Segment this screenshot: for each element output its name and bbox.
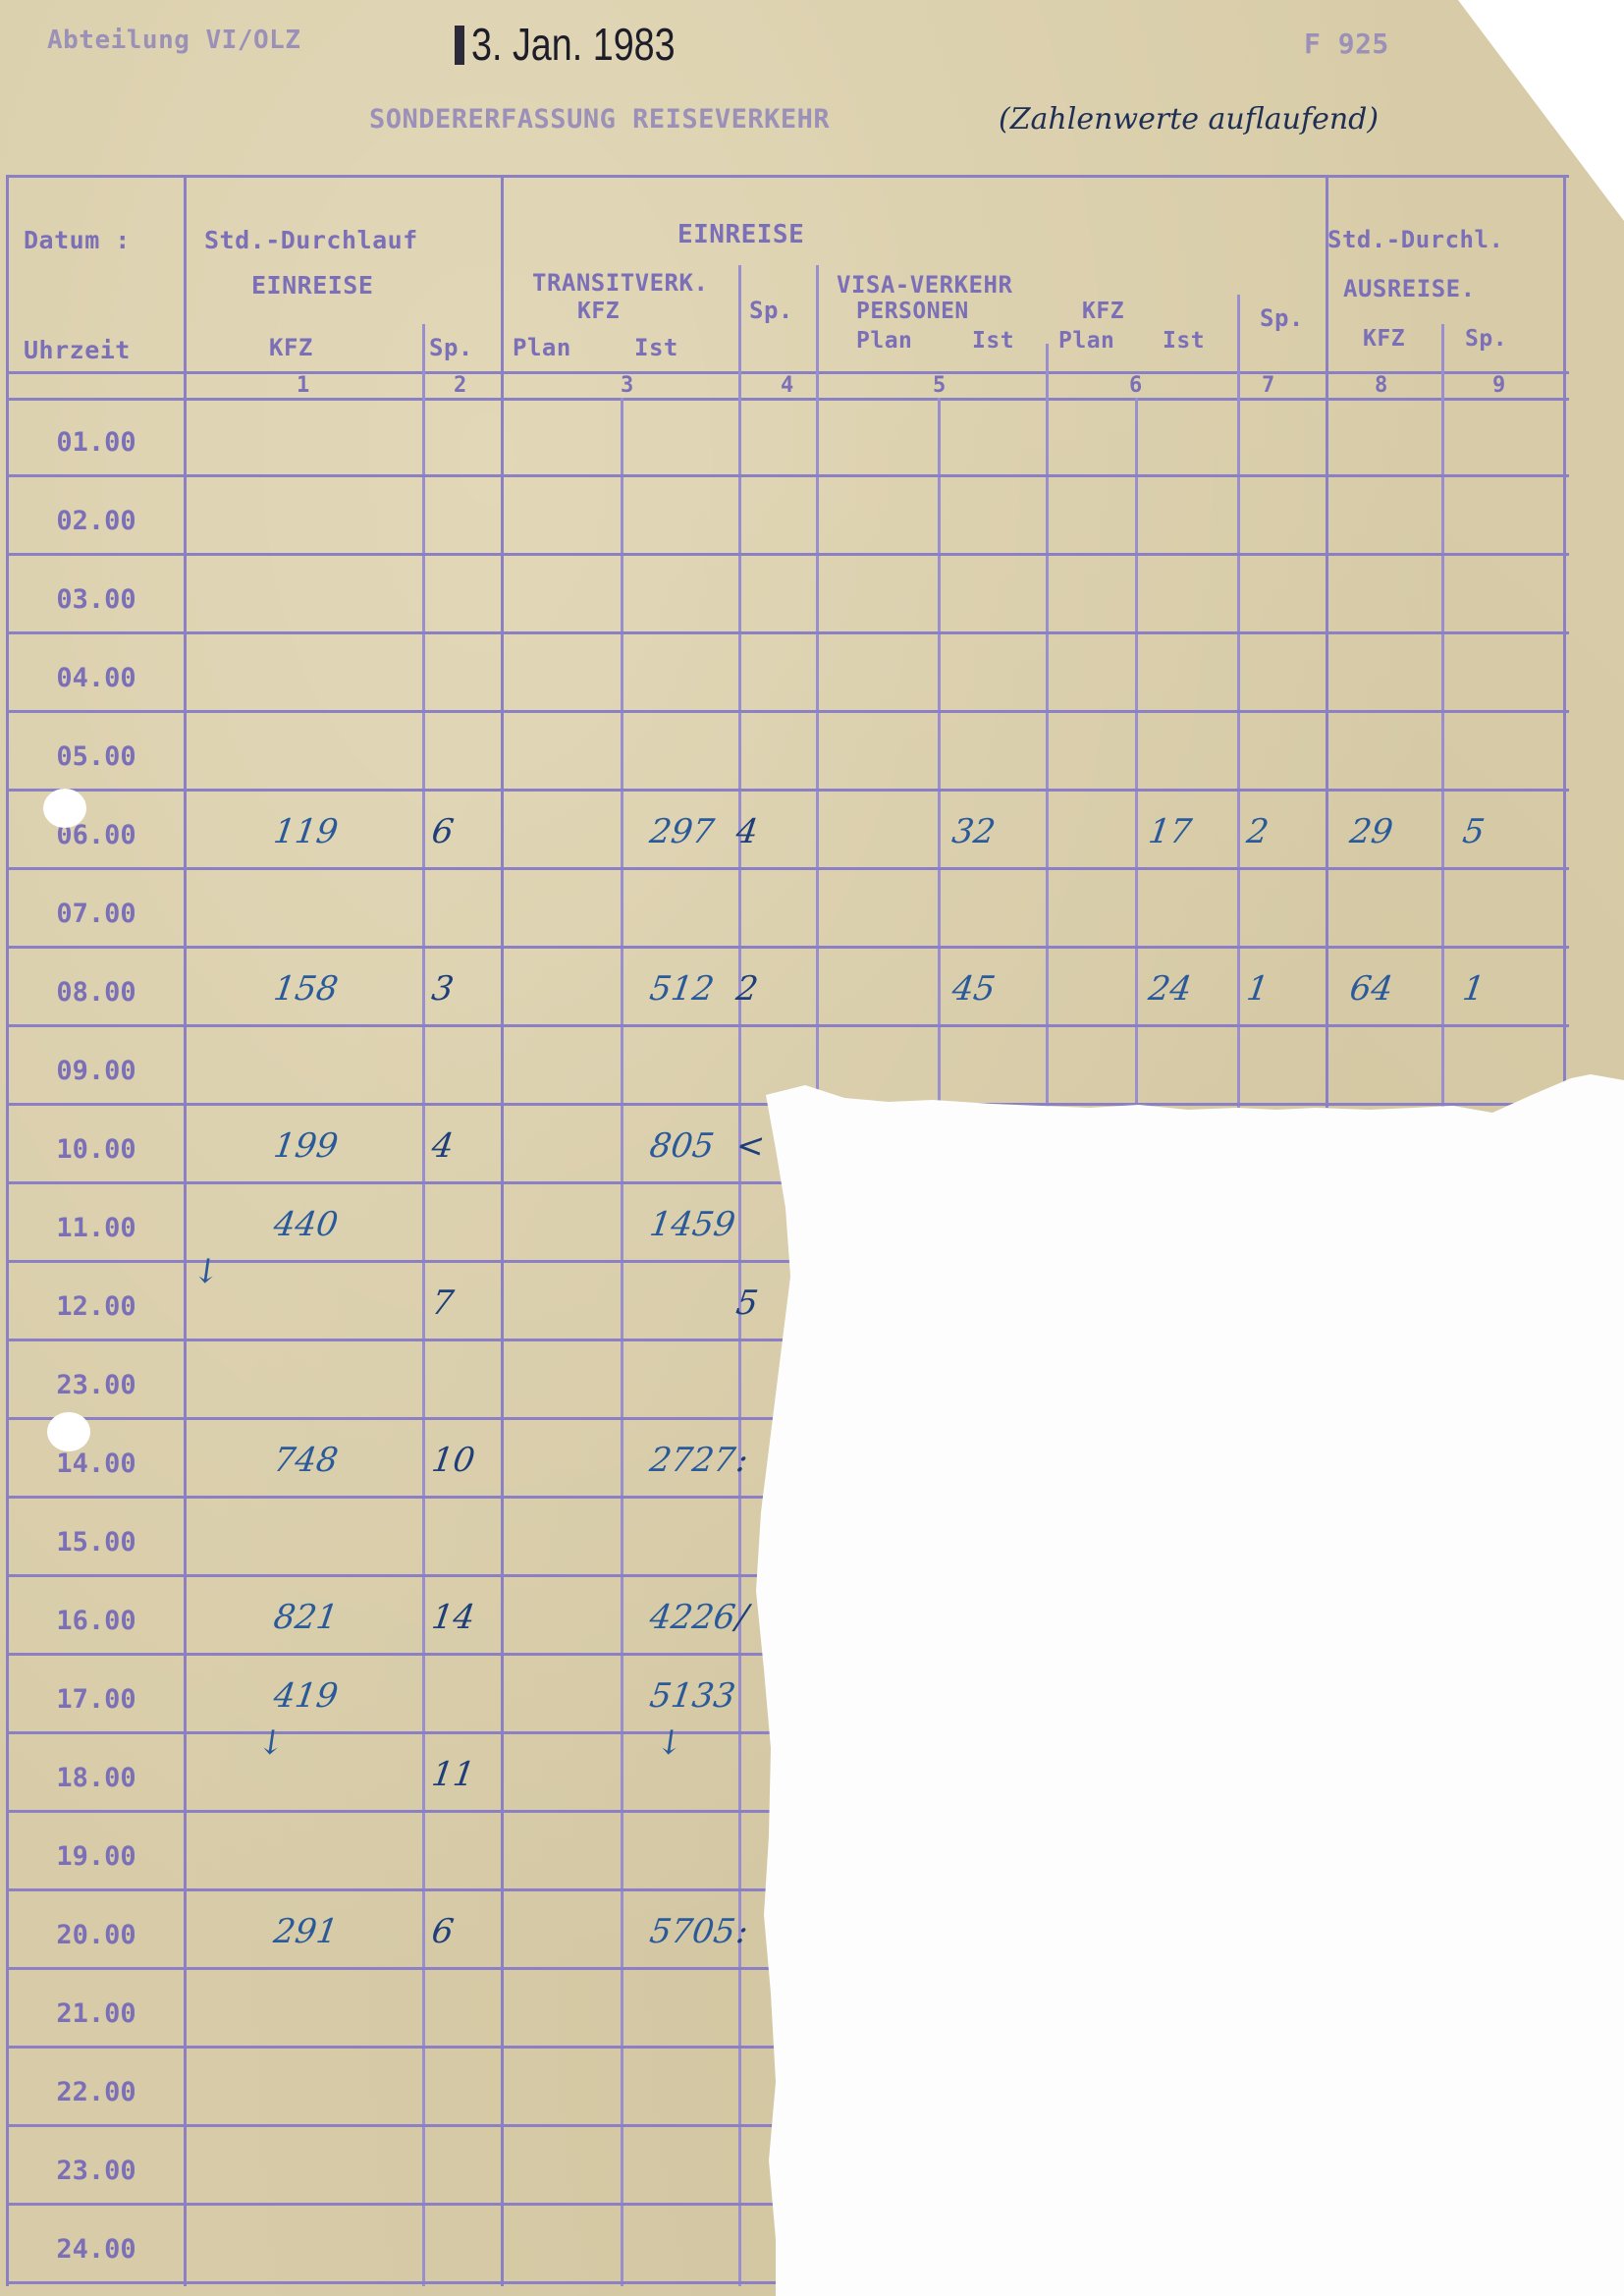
stamp-mark (455, 26, 464, 65)
header-std-durchlauf: Std.-Durchlauf (204, 226, 418, 254)
header-sp-col9: Sp. (1465, 326, 1507, 352)
continuation-arrow-icon: ↓ (189, 1252, 223, 1291)
form-title: SONDERERFASSUNG REISEVERKEHR (369, 104, 830, 135)
header-kfz-col1: KFZ (269, 334, 313, 361)
row-divider (8, 1888, 793, 1891)
handwritten-value-c1: 199 (271, 1126, 341, 1166)
handwritten-value-c2: 11 (429, 1755, 477, 1794)
punch-hole (47, 1412, 90, 1451)
header-sp-col2: Sp. (429, 334, 473, 361)
continuation-arrow-icon: ↓ (653, 1723, 686, 1763)
handwritten-value-c3_ist: 297 (647, 812, 717, 851)
col-number-5: 5 (933, 373, 947, 398)
handwritten-value-c3_ist: 2727 (647, 1441, 737, 1480)
row-time-label: 11.00 (8, 1213, 185, 1243)
handwritten-value-c3_ist: 5133 (647, 1676, 737, 1716)
row-time-label: 18.00 (8, 1763, 185, 1793)
row-divider (8, 867, 1569, 870)
row-divider (8, 2046, 793, 2049)
row-time-label: 12.00 (8, 1291, 185, 1322)
handwritten-value-c1: 748 (271, 1441, 341, 1480)
handwritten-value-c8: 29 (1347, 812, 1395, 851)
row-divider (8, 1967, 793, 1970)
row-divider (8, 789, 1569, 792)
row-time-label: 09.00 (8, 1056, 185, 1086)
handwritten-value-c6_ist: 24 (1146, 969, 1194, 1009)
row-time-label: 19.00 (8, 1841, 185, 1872)
header-einreise-sub: EINREISE (251, 271, 373, 300)
col-number-8: 8 (1375, 373, 1388, 398)
header-visa-kfz-ist: Ist (1163, 328, 1205, 354)
handwritten-value-c3_ist: 4226 (647, 1598, 737, 1637)
row-divider (8, 2124, 793, 2127)
header-visa-verkehr: VISA-VERKEHR (837, 271, 1012, 299)
row-divider (8, 710, 1569, 713)
handwritten-value-c1: 119 (271, 812, 341, 851)
row-time-label: 16.00 (8, 1606, 185, 1636)
col-number-3: 3 (621, 373, 634, 398)
handwritten-value-c1: 419 (271, 1676, 341, 1716)
header-uhrzeit: Uhrzeit (24, 336, 131, 364)
row-time-label: 15.00 (8, 1527, 185, 1558)
row-divider (8, 1653, 793, 1656)
handwritten-value-c2: 14 (429, 1598, 477, 1637)
handwritten-value-c2: 10 (429, 1441, 477, 1480)
header-sp-col4: Sp. (749, 297, 793, 324)
header-sp-col7: Sp. (1260, 304, 1304, 332)
header-visa-pers-ist: Ist (972, 328, 1014, 354)
header-kfz-col8: KFZ (1363, 326, 1405, 352)
row-divider (8, 946, 1569, 949)
row-divider (8, 1181, 793, 1184)
row-time-label: 01.00 (8, 427, 185, 458)
row-time-label: 05.00 (8, 741, 185, 772)
header-ausreise: AUSREISE. (1343, 275, 1476, 302)
row-time-label: 04.00 (8, 663, 185, 693)
header-visa-kfz: KFZ (1082, 299, 1124, 324)
row-time-label: 20.00 (8, 1920, 185, 1950)
row-time-label: 07.00 (8, 899, 185, 929)
header-std-durchl-ausreise: Std.-Durchl. (1327, 226, 1503, 253)
row-time-label: 08.00 (8, 977, 185, 1008)
department-label: Abteilung VI/OLZ (47, 26, 300, 55)
col-number-7: 7 (1262, 373, 1275, 398)
row-divider (8, 1260, 793, 1263)
header-visa-kfz-plan: Plan (1058, 328, 1114, 354)
col-number-9: 9 (1492, 373, 1506, 398)
handwritten-value-c1: 158 (271, 969, 341, 1009)
row-time-label: 14.00 (8, 1449, 185, 1479)
row-time-label: 23.00 (8, 2156, 185, 2186)
header-einreise-group: EINREISE (677, 220, 804, 249)
handwritten-value-c3_ist: 5705 (647, 1912, 737, 1951)
row-divider (8, 553, 1569, 556)
handwritten-value-c5_ist: 45 (949, 969, 998, 1009)
header-transit-plan: Plan (513, 334, 571, 361)
header-visa-personen: PERSONEN (856, 299, 969, 324)
header-datum: Datum : (24, 226, 131, 254)
col-number-4: 4 (781, 373, 794, 398)
row-divider (8, 1339, 793, 1341)
handwritten-value-c3_ist: 805 (647, 1126, 717, 1166)
row-divider (8, 1024, 1569, 1027)
row-time-label: 23.00 (8, 1370, 185, 1400)
continuation-arrow-icon: ↓ (254, 1723, 288, 1763)
handwritten-value-c5_ist: 32 (949, 812, 998, 851)
handwritten-value-c6_ist: 17 (1146, 812, 1194, 851)
row-time-label: 02.00 (8, 506, 185, 536)
handwritten-value-c1: 440 (271, 1205, 341, 1244)
punch-hole (43, 789, 86, 828)
col-number-2: 2 (454, 373, 467, 398)
row-time-label: 03.00 (8, 584, 185, 615)
row-divider (8, 1496, 793, 1499)
handwritten-value-c3_ist: 512 (647, 969, 717, 1009)
handwritten-value-c8: 64 (1347, 969, 1395, 1009)
row-time-label: 06.00 (8, 820, 185, 850)
header-transitverk: TRANSITVERK. (532, 269, 708, 297)
row-time-label: 10.00 (8, 1134, 185, 1165)
header-transit-kfz: KFZ (577, 299, 620, 324)
handwritten-value-c1: 821 (271, 1598, 341, 1637)
row-time-label: 21.00 (8, 1998, 185, 2029)
col-number-6: 6 (1129, 373, 1143, 398)
header-transit-ist: Ist (634, 334, 678, 361)
row-time-label: 22.00 (8, 2077, 185, 2107)
handwritten-value-c4: < (733, 1126, 767, 1166)
row-time-label: 17.00 (8, 1684, 185, 1715)
row-divider (8, 1574, 793, 1577)
row-divider (8, 1417, 793, 1420)
col-number-1: 1 (297, 373, 310, 398)
form-number: F 925 (1304, 27, 1389, 60)
date-stamp: 3. Jan. 1983 (471, 18, 676, 71)
row-divider (8, 2203, 793, 2206)
row-time-label: 24.00 (8, 2234, 185, 2265)
handwritten-value-c3_ist: 1459 (647, 1205, 737, 1244)
handwritten-note: (Zahlenwerte auflaufend) (999, 102, 1379, 137)
row-divider (8, 631, 1569, 634)
handwritten-value-c1: 291 (271, 1912, 341, 1951)
row-divider (8, 2281, 793, 2284)
row-divider (8, 1810, 793, 1813)
header-visa-pers-plan: Plan (856, 328, 912, 354)
row-divider (8, 474, 1569, 477)
